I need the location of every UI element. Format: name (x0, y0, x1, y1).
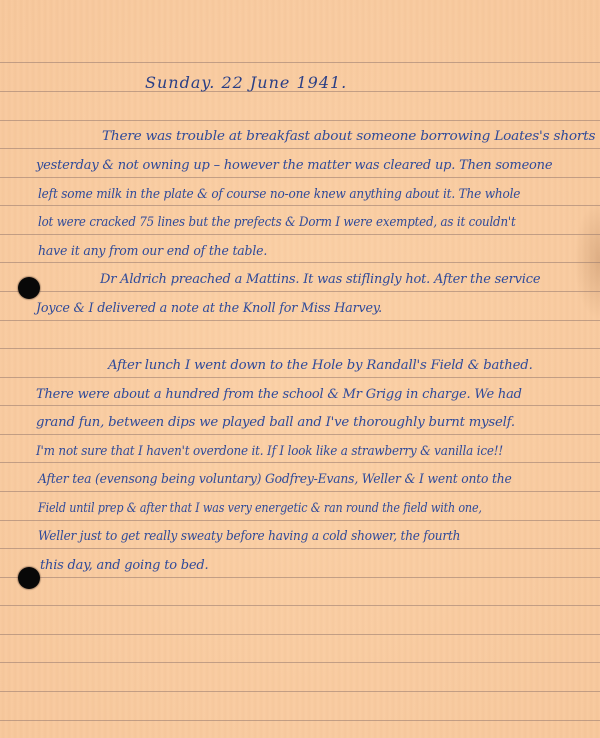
diary-line: have it any from our end of the table. (38, 245, 267, 258)
ruled-line (0, 491, 600, 492)
ruled-line (0, 605, 600, 606)
ruled-line (0, 548, 600, 549)
ruled-line (0, 405, 600, 406)
ruled-line (0, 348, 600, 349)
ruled-line (0, 177, 600, 178)
ruled-line (0, 377, 600, 378)
diary-line: I'm not sure that I haven't overdone it.… (36, 445, 503, 458)
diary-line: lot were cracked 75 lines but the prefec… (38, 216, 516, 229)
ruled-line (0, 148, 600, 149)
ruled-line (0, 577, 600, 578)
ruled-line (0, 662, 600, 663)
ruled-line (0, 634, 600, 635)
punch-hole (18, 277, 40, 299)
diary-line: There was trouble at breakfast about som… (102, 130, 595, 143)
diary-line: After lunch I went down to the Hole by R… (108, 359, 533, 372)
diary-line: Field until prep & after that I was very… (38, 502, 482, 515)
ruled-line (0, 120, 600, 121)
diary-line: There were about a hundred from the scho… (36, 388, 522, 401)
diary-line: this day, and going to bed. (40, 559, 208, 572)
ruled-line (0, 291, 600, 292)
ruled-line (0, 691, 600, 692)
ruled-line (0, 205, 600, 206)
diary-line: Weller just to get really sweaty before … (38, 530, 460, 543)
ruled-line (0, 720, 600, 721)
diary-line: Dr Aldrich preached a Mattins. It was st… (100, 273, 540, 286)
diary-line: left some milk in the plate & of course … (38, 188, 520, 201)
date-heading: Sunday. 22 June 1941. (145, 75, 347, 91)
ruled-line (0, 520, 600, 521)
ruled-line (0, 320, 600, 321)
diary-line: grand fun, between dips we played ball a… (36, 416, 515, 429)
ruled-line (0, 262, 600, 263)
diary-line: Joyce & I delivered a note at the Knoll … (36, 302, 382, 315)
ruled-line (0, 234, 600, 235)
paper-stain (574, 200, 600, 320)
ruled-line (0, 62, 600, 63)
punch-hole (18, 567, 40, 589)
ruled-line (0, 462, 600, 463)
diary-page: Sunday. 22 June 1941. There was trouble … (0, 0, 600, 738)
ruled-line (0, 434, 600, 435)
diary-line: After tea (evensong being voluntary) God… (38, 473, 512, 486)
diary-line: yesterday & not owning up – however the … (36, 159, 552, 172)
